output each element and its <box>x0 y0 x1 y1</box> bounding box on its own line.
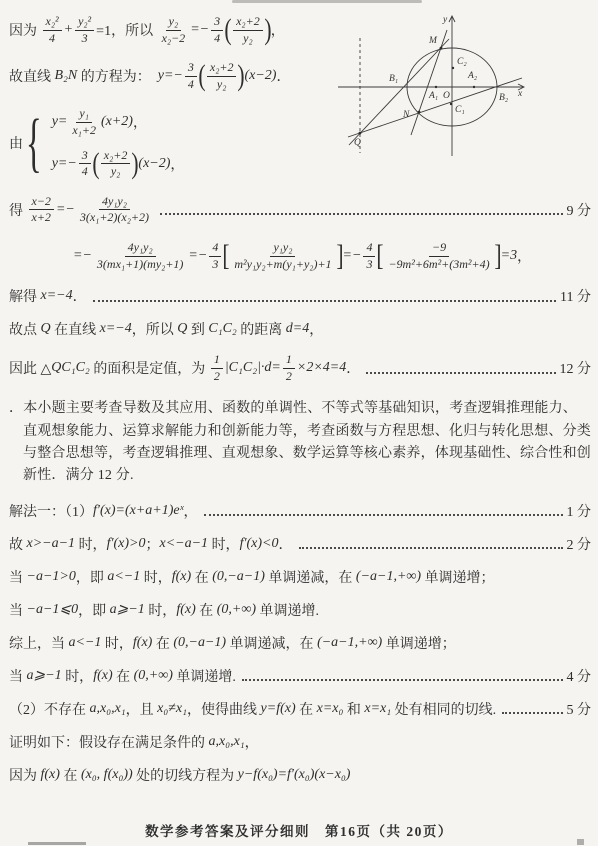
line-eq-expand: =−4y₁y₂3(mx₁+1)(my₂+1)=−43[y₁y₂m²y₁y₂+m(… <box>9 240 591 272</box>
big-delimiter: ) <box>132 149 139 179</box>
fraction-denominator: −9m²+6m²+(3m²+4) <box>385 257 492 273</box>
math-text: (x+2) <box>101 114 133 130</box>
formula: 当 −a−1>0，即 a<−1 时，f(x) 在 (0,−a−1) 单调递减，在… <box>9 567 495 587</box>
label-q: Q <box>354 138 361 148</box>
math-text: ． <box>346 358 360 378</box>
math-text: 单调递减，在 <box>265 567 356 587</box>
dotted-leader <box>93 298 556 302</box>
math-text: y=− <box>52 156 77 172</box>
math-text: 时， <box>145 600 177 620</box>
formula: 解法一：（1）f′(x)=(x+a+1)eˣ， <box>9 501 198 521</box>
fraction: 34 <box>79 148 91 180</box>
math-text: 处有相同的切线. <box>391 699 496 719</box>
formula: 综上，当 a<−1 时，f(x) 在 (0,−a−1) 单调递减，在 (−a−1… <box>9 633 456 653</box>
cut-off-text-bottom-left <box>28 842 86 845</box>
fraction-numerator: y₁ <box>76 106 92 123</box>
ellipse-diagram: y x M B₁ B₂ A₁ O A₂ C₂ C₁ N Q <box>332 12 562 162</box>
line-summary-ge: 当 a⩾−1 时，f(x) 在 (0,+∞) 单调递增.4 分 <box>9 666 591 686</box>
math-text: (0,+∞) <box>217 602 256 618</box>
fraction-denominator: 3(mx₁+1)(my₂+1) <box>94 257 187 273</box>
dotted-leader <box>366 370 555 374</box>
fraction-numerator: 4y₁y₂ <box>125 240 156 257</box>
line-derivative: 解法一：（1）f′(x)=(x+a+1)eˣ，1 分 <box>9 501 591 521</box>
score-label: 1 分 <box>567 501 592 521</box>
math-text: 故直线 <box>9 66 55 86</box>
point-c1 <box>450 103 452 105</box>
page-footer: 数学参考答案及评分细则 第16页（共 20页） <box>0 820 598 840</box>
fraction-numerator: y₁y₂ <box>270 240 295 257</box>
math-text: ，即 <box>78 600 110 620</box>
math-text: f(x) <box>41 767 60 783</box>
fraction-numerator: x₂² <box>43 14 62 31</box>
exam-answer-page: 因为 x₂²4+y₂²3=1，所以 y₂x₂−2=−34(x₂+2y₂)，故直线… <box>0 0 598 846</box>
fraction-numerator: 4 <box>209 240 221 257</box>
math-text: (0,−a−1) <box>212 569 265 585</box>
fraction-numerator: x₂+2 <box>233 14 263 31</box>
point-c2 <box>452 67 454 69</box>
math-text: =− <box>73 248 92 264</box>
math-text: x<−a−1 <box>160 536 209 552</box>
formula: 由{y=y₁x₁+2(x+2)，y=−34(x₂+2y₂)(x−2)， <box>9 106 184 179</box>
score-label: 9 分 <box>567 200 592 220</box>
math-text: 时， <box>101 633 133 653</box>
line-triangle-area: 因此 △QC₁C₂ 的面积是定值，为 12|C₁C₂|·d=12×2×4=4．1… <box>9 352 591 384</box>
label-n: N <box>402 110 410 120</box>
math-text: QC₁C₂ <box>51 360 90 376</box>
math-text: 故点 <box>9 319 41 339</box>
math-text: 时， <box>208 534 240 554</box>
math-text: a<−1 <box>107 569 140 585</box>
score-label: 4 分 <box>567 666 592 686</box>
math-text: f(x) <box>93 668 112 684</box>
formula: 得 x−2x+2=−4y₁y₂3(x₁+2)(x₂+2) <box>9 194 154 226</box>
math-text: 的距离 <box>237 319 286 339</box>
line-tangent-equation: 因为 f(x) 在 (x₀, f(x₀)) 处的切线方程为 y−f(x₀)=f′… <box>9 765 591 785</box>
math-text: ， <box>245 732 259 752</box>
math-text: f′(x)<0 <box>240 536 279 552</box>
math-text: ； <box>146 534 160 554</box>
math-text: f(x) <box>176 602 195 618</box>
math-text: 处的切线方程为 <box>133 765 238 785</box>
math-text: ． <box>279 534 293 554</box>
fraction-denominator: 4 <box>211 31 223 47</box>
equation-system: {y=y₁x₁+2(x+2)，y=−34(x₂+2y₂)(x−2)， <box>28 106 184 179</box>
fraction-denominator: y₂ <box>108 164 124 180</box>
formula: 因为 x₂²4+y₂²3=1，所以 y₂x₂−2=−34(x₂+2y₂)， <box>9 14 285 46</box>
line-sign-analysis: 故 x>−a−1 时，f′(x)>0；x<−a−1 时，f′(x)<0．2 分 <box>9 534 591 554</box>
math-text: 的面积是定值，为 <box>90 358 209 378</box>
math-text: y=f(x) <box>261 701 296 717</box>
math-text: x=x₀ <box>317 701 344 717</box>
label-axis-y: y <box>442 15 448 25</box>
math-text: x₀≠x₁ <box>157 701 187 717</box>
math-text: x=−4 <box>41 288 73 304</box>
math-text: a⩾−1 <box>27 667 62 684</box>
formula: 故 x>−a−1 时，f′(x)>0；x<−a−1 时，f′(x)<0． <box>9 534 293 554</box>
fraction-numerator: 3 <box>79 148 91 165</box>
big-delimiter: ( <box>224 15 231 45</box>
math-text: 时， <box>75 534 107 554</box>
dotted-leader <box>204 512 563 516</box>
math-text: + <box>64 22 73 38</box>
score-label: 5 分 <box>567 699 592 719</box>
fraction-denominator: 3 <box>363 257 375 273</box>
math-text: 证明如下：假设存在满足条件的 <box>9 732 209 752</box>
fraction-numerator: 3 <box>185 60 197 77</box>
fraction: 12 <box>283 352 295 384</box>
formula: 当 a⩾−1 时，f(x) 在 (0,+∞) 单调递增. <box>9 666 236 686</box>
fraction-denominator: y₂ <box>214 77 230 93</box>
score-label: 11 分 <box>560 286 591 306</box>
math-text: =− <box>56 202 75 218</box>
cut-off-text-top <box>232 0 422 3</box>
math-text: 当 <box>9 666 27 686</box>
fraction-denominator: x₁+2 <box>69 123 99 139</box>
fraction-numerator: 1 <box>211 352 223 369</box>
line-summary-lt: 综上，当 a<−1 时，f(x) 在 (0,−a−1) 单调递减，在 (−a−1… <box>9 633 591 653</box>
dotted-leader <box>299 545 563 549</box>
label-b1: B₁ <box>389 74 398 84</box>
math-text: a,x₀,x₁ <box>209 734 245 750</box>
fraction: −9−9m²+6m²+(3m²+4) <box>385 240 492 272</box>
math-text: 在 <box>196 600 217 620</box>
big-delimiter: ] <box>336 241 343 271</box>
math-text: (x₀, f(x₀)) <box>81 767 133 783</box>
line-solve-x: 解得 x=−4．11 分 <box>9 286 591 306</box>
fraction-numerator: x−2 <box>29 194 54 211</box>
line-case-a-lt: 当 −a−1>0，即 a<−1 时，f(x) 在 (0,−a−1) 单调递减，在… <box>9 567 591 587</box>
dotted-leader <box>242 677 563 681</box>
point-a1 <box>435 86 437 88</box>
math-text: ， <box>271 20 285 40</box>
math-text: (−a−1,+∞) <box>356 569 421 585</box>
math-text: ， <box>517 246 531 266</box>
fraction: x₂+2y₂ <box>233 14 263 46</box>
big-delimiter: ( <box>198 61 205 91</box>
label-o: O <box>443 91 450 101</box>
math-text: ，所以 <box>132 319 178 339</box>
math-text: −a−1>0 <box>27 569 76 585</box>
math-text: =3 <box>501 248 517 264</box>
big-delimiter: ) <box>264 15 271 45</box>
formula: =−4y₁y₂3(mx₁+1)(my₂+1)=−43[y₁y₂m²y₁y₂+m(… <box>73 240 531 272</box>
formula: 因此 △QC₁C₂ 的面积是定值，为 12|C₁C₂|·d=12×2×4=4． <box>9 352 360 384</box>
math-text: 在 <box>60 765 81 785</box>
fraction: 34 <box>211 14 223 46</box>
formula: 因为 f(x) 在 (x₀, f(x₀)) 处的切线方程为 y−f(x₀)=f′… <box>9 765 350 785</box>
formula: （2）不存在 a,x₀,x₁，且 x₀≠x₁，使得曲线 y=f(x) 在 x=x… <box>9 699 496 719</box>
fraction-numerator: 3 <box>211 14 223 31</box>
point-n <box>418 111 421 114</box>
fraction: 12 <box>211 352 223 384</box>
math-text: 因为 <box>9 765 41 785</box>
fraction-denominator: 2 <box>211 369 223 385</box>
math-text: 在 <box>191 567 212 587</box>
math-text: 到 <box>187 319 208 339</box>
math-text: 解得 <box>9 286 41 306</box>
label-c1: C₁ <box>455 105 465 115</box>
system-row: y=y₁x₁+2(x+2)， <box>52 106 185 138</box>
math-text: 的方程为： <box>77 66 158 86</box>
line-ratio-result: 得 x−2x+2=−4y₁y₂3(x₁+2)(x₂+2)9 分 <box>9 194 591 226</box>
math-text: a<−1 <box>69 635 102 651</box>
fraction-denominator: x+2 <box>29 210 54 226</box>
math-text: y=− <box>158 68 183 84</box>
math-text: (−a−1,+∞) <box>317 635 382 651</box>
math-text: 当 <box>9 567 27 587</box>
point-q <box>359 132 362 135</box>
fraction-numerator: −9 <box>429 240 449 257</box>
label-c2: C₂ <box>457 57 467 67</box>
math-text: =− <box>188 248 207 264</box>
math-text: 在 <box>296 699 317 719</box>
math-text: C₁C₂ <box>208 321 236 337</box>
math-text: 时， <box>62 666 94 686</box>
dotted-leader <box>160 211 562 215</box>
math-text: d=4 <box>286 321 309 337</box>
math-text: 由 <box>9 133 23 153</box>
fraction: y₁x₁+2 <box>69 106 99 138</box>
math-text: 时， <box>140 567 172 587</box>
formula: 故点 Q 在直线 x=−4，所以 Q 到 C₁C₂ 的距离 d=4， <box>9 319 323 339</box>
math-text: ， <box>184 501 198 521</box>
point-m <box>440 47 443 50</box>
math-text: 和 <box>343 699 364 719</box>
math-text: 在 <box>152 633 173 653</box>
math-text: 因此 △ <box>9 358 51 378</box>
math-text: x=x₁ <box>364 701 391 717</box>
math-text: 单调递增； <box>382 633 456 653</box>
math-text: ， <box>170 154 184 174</box>
math-text: (0,+∞) <box>134 668 173 684</box>
dotted-leader <box>502 710 562 714</box>
fraction: 4y₁y₂3(x₁+2)(x₂+2) <box>77 194 152 226</box>
math-text: (x−2) <box>138 156 170 172</box>
formula: 证明如下：假设存在满足条件的 a,x₀,x₁， <box>9 732 259 752</box>
line-part2-claim: （2）不存在 a,x₀,x₁，且 x₀≠x₁，使得曲线 y=f(x) 在 x=x… <box>9 699 591 719</box>
score-label: 2 分 <box>567 534 592 554</box>
fraction: 34 <box>185 60 197 92</box>
math-text: 综上，当 <box>9 633 69 653</box>
math-text: f(x) <box>172 569 191 585</box>
math-text: 单调递增. <box>256 600 319 620</box>
fraction-denominator: 2 <box>283 369 295 385</box>
fraction-denominator: 3 <box>209 257 221 273</box>
fraction-numerator: y₂² <box>75 14 94 31</box>
formula: 当 −a−1⩽0，即 a⩾−1 时，f(x) 在 (0,+∞) 单调递增. <box>9 600 319 620</box>
score-label: 12 分 <box>560 358 592 378</box>
fraction: y₂x₂−2 <box>159 14 189 46</box>
fraction-denominator: m²y₁y₂+m(y₁+y₂)+1 <box>231 257 334 273</box>
math-text: 单调递减，在 <box>226 633 317 653</box>
math-text: a⩾−1 <box>110 601 145 618</box>
math-text: =− <box>343 248 362 264</box>
fraction-denominator: 3(x₁+2)(x₂+2) <box>77 210 152 226</box>
math-text: 当 <box>9 600 27 620</box>
math-text: 因为 <box>9 20 41 40</box>
fraction: 4y₁y₂3(mx₁+1)(my₂+1) <box>94 240 187 272</box>
fraction: y₂²3 <box>75 14 94 46</box>
line-case-a-ge: 当 −a−1⩽0，即 a⩾−1 时，f(x) 在 (0,+∞) 单调递增. <box>9 600 591 620</box>
math-text: ， <box>133 112 147 132</box>
fraction-numerator: x₂+2 <box>101 148 131 165</box>
fraction: x₂²4 <box>43 14 62 46</box>
big-delimiter: ( <box>92 149 99 179</box>
system-rows: y=y₁x₁+2(x+2)，y=−34(x₂+2y₂)(x−2)， <box>52 106 185 179</box>
fraction-numerator: 4y₁y₂ <box>99 194 130 211</box>
math-text: |C₁C₂|·d= <box>225 360 281 376</box>
line-proof-intro: 证明如下：假设存在满足条件的 a,x₀,x₁， <box>9 732 591 752</box>
math-text: (x−2) <box>244 68 276 84</box>
math-text: ． <box>73 286 87 306</box>
cut-off-text-bottom-right <box>577 839 584 845</box>
math-text: 在直线 <box>51 319 100 339</box>
label-axis-x: x <box>517 89 523 99</box>
fraction: x₂+2y₂ <box>101 148 131 180</box>
fraction-denominator: 4 <box>185 77 197 93</box>
fraction-denominator: x₂−2 <box>159 31 189 47</box>
math-text: ，且 <box>126 699 158 719</box>
big-delimiter: [ <box>377 241 384 271</box>
math-text: ． <box>276 66 290 86</box>
fraction-numerator: 1 <box>283 352 295 369</box>
math-text: 故 <box>9 534 27 554</box>
math-text: ×2×4=4 <box>297 360 346 376</box>
fraction-denominator: 4 <box>79 164 91 180</box>
math-text: x>−a−1 <box>27 536 76 552</box>
math-text: y−f(x₀)=f′(x₀)(x−x₀) <box>238 767 351 783</box>
math-text: B₂N <box>55 68 78 84</box>
math-text: =1，所以 <box>96 20 156 40</box>
math-text: (0,−a−1) <box>173 635 226 651</box>
math-text: −a−1⩽0 <box>27 601 79 618</box>
formula: 解得 x=−4． <box>9 286 87 306</box>
line-point-q: 故点 Q 在直线 x=−4，所以 Q 到 C₁C₂ 的距离 d=4， <box>9 319 591 339</box>
math-text: y= <box>52 114 68 130</box>
fraction-denominator: 3 <box>79 31 91 47</box>
fraction-numerator: 4 <box>363 240 375 257</box>
fraction-numerator: y₂ <box>166 14 182 31</box>
math-text: ，即 <box>76 567 108 587</box>
math-text: f′(x)=(x+a+1)eˣ <box>93 503 184 519</box>
math-text: =− <box>190 22 209 38</box>
math-text: 在 <box>113 666 134 686</box>
fraction-denominator: 4 <box>46 31 58 47</box>
label-b2: B₂ <box>499 93 509 103</box>
math-text: Q <box>177 321 187 337</box>
formula: 故直线 B₂N 的方程为： y=−34(x₂+2y₂)(x−2)． <box>9 60 290 92</box>
big-delimiter: [ <box>223 241 230 271</box>
topic-note-paragraph: ．本小题主要考查导数及其应用、函数的单调性、不等式等基础知识，考查逻辑推理能力、… <box>9 398 591 488</box>
fraction: x₂+2y₂ <box>207 60 237 92</box>
math-text: a,x₀,x₁ <box>90 701 126 717</box>
math-text: ，使得曲线 <box>187 699 261 719</box>
big-delimiter: ] <box>494 241 501 271</box>
fraction-denominator: y₂ <box>240 31 256 47</box>
big-delimiter: ) <box>238 61 245 91</box>
math-text: ， <box>309 319 323 339</box>
point-a2 <box>473 86 475 88</box>
system-brace-icon: { <box>26 110 42 176</box>
math-text: f(x) <box>133 635 152 651</box>
fraction: y₁y₂m²y₁y₂+m(y₁+y₂)+1 <box>231 240 334 272</box>
fraction-numerator: x₂+2 <box>207 60 237 77</box>
fraction: 43 <box>363 240 375 272</box>
math-text: 得 <box>9 200 27 220</box>
math-text: f′(x)>0 <box>107 536 146 552</box>
math-text: （2）不存在 <box>9 699 90 719</box>
label-a1: A₁ <box>428 91 438 101</box>
math-text: Q <box>41 321 51 337</box>
math-text: 解法一：（1） <box>9 501 93 521</box>
label-m: M <box>428 36 438 46</box>
math-text: 单调递增. <box>173 666 236 686</box>
system-row: y=−34(x₂+2y₂)(x−2)， <box>52 148 185 180</box>
math-text: x=−4 <box>100 321 132 337</box>
math-text: 单调递增； <box>421 567 495 587</box>
fraction: 43 <box>209 240 221 272</box>
fraction: x−2x+2 <box>29 194 54 226</box>
label-a2: A₂ <box>467 71 478 81</box>
